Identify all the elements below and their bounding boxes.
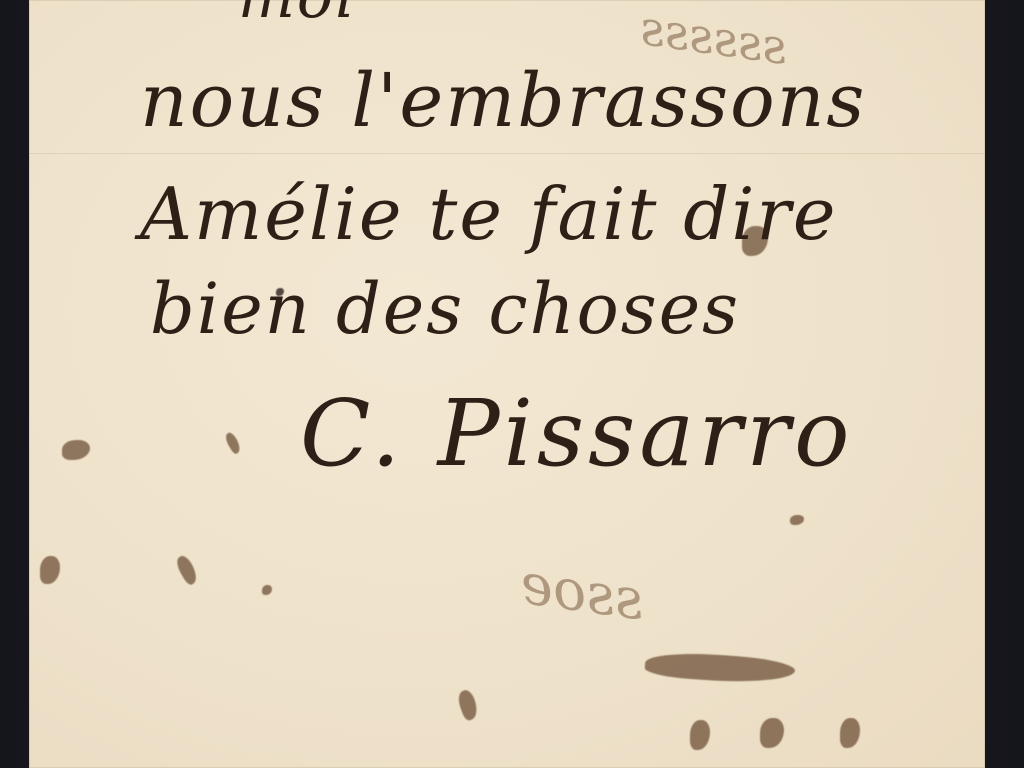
paper-fold-line: [29, 153, 985, 154]
letter-line-2: nous l'embrassons: [140, 58, 866, 144]
letter-line-1: moi: [238, 0, 356, 32]
letter-line-4: bien des choses: [150, 268, 740, 350]
letter-line-3: Amélie te fait dire: [140, 172, 837, 256]
signature: C. Pissarro: [300, 380, 854, 487]
